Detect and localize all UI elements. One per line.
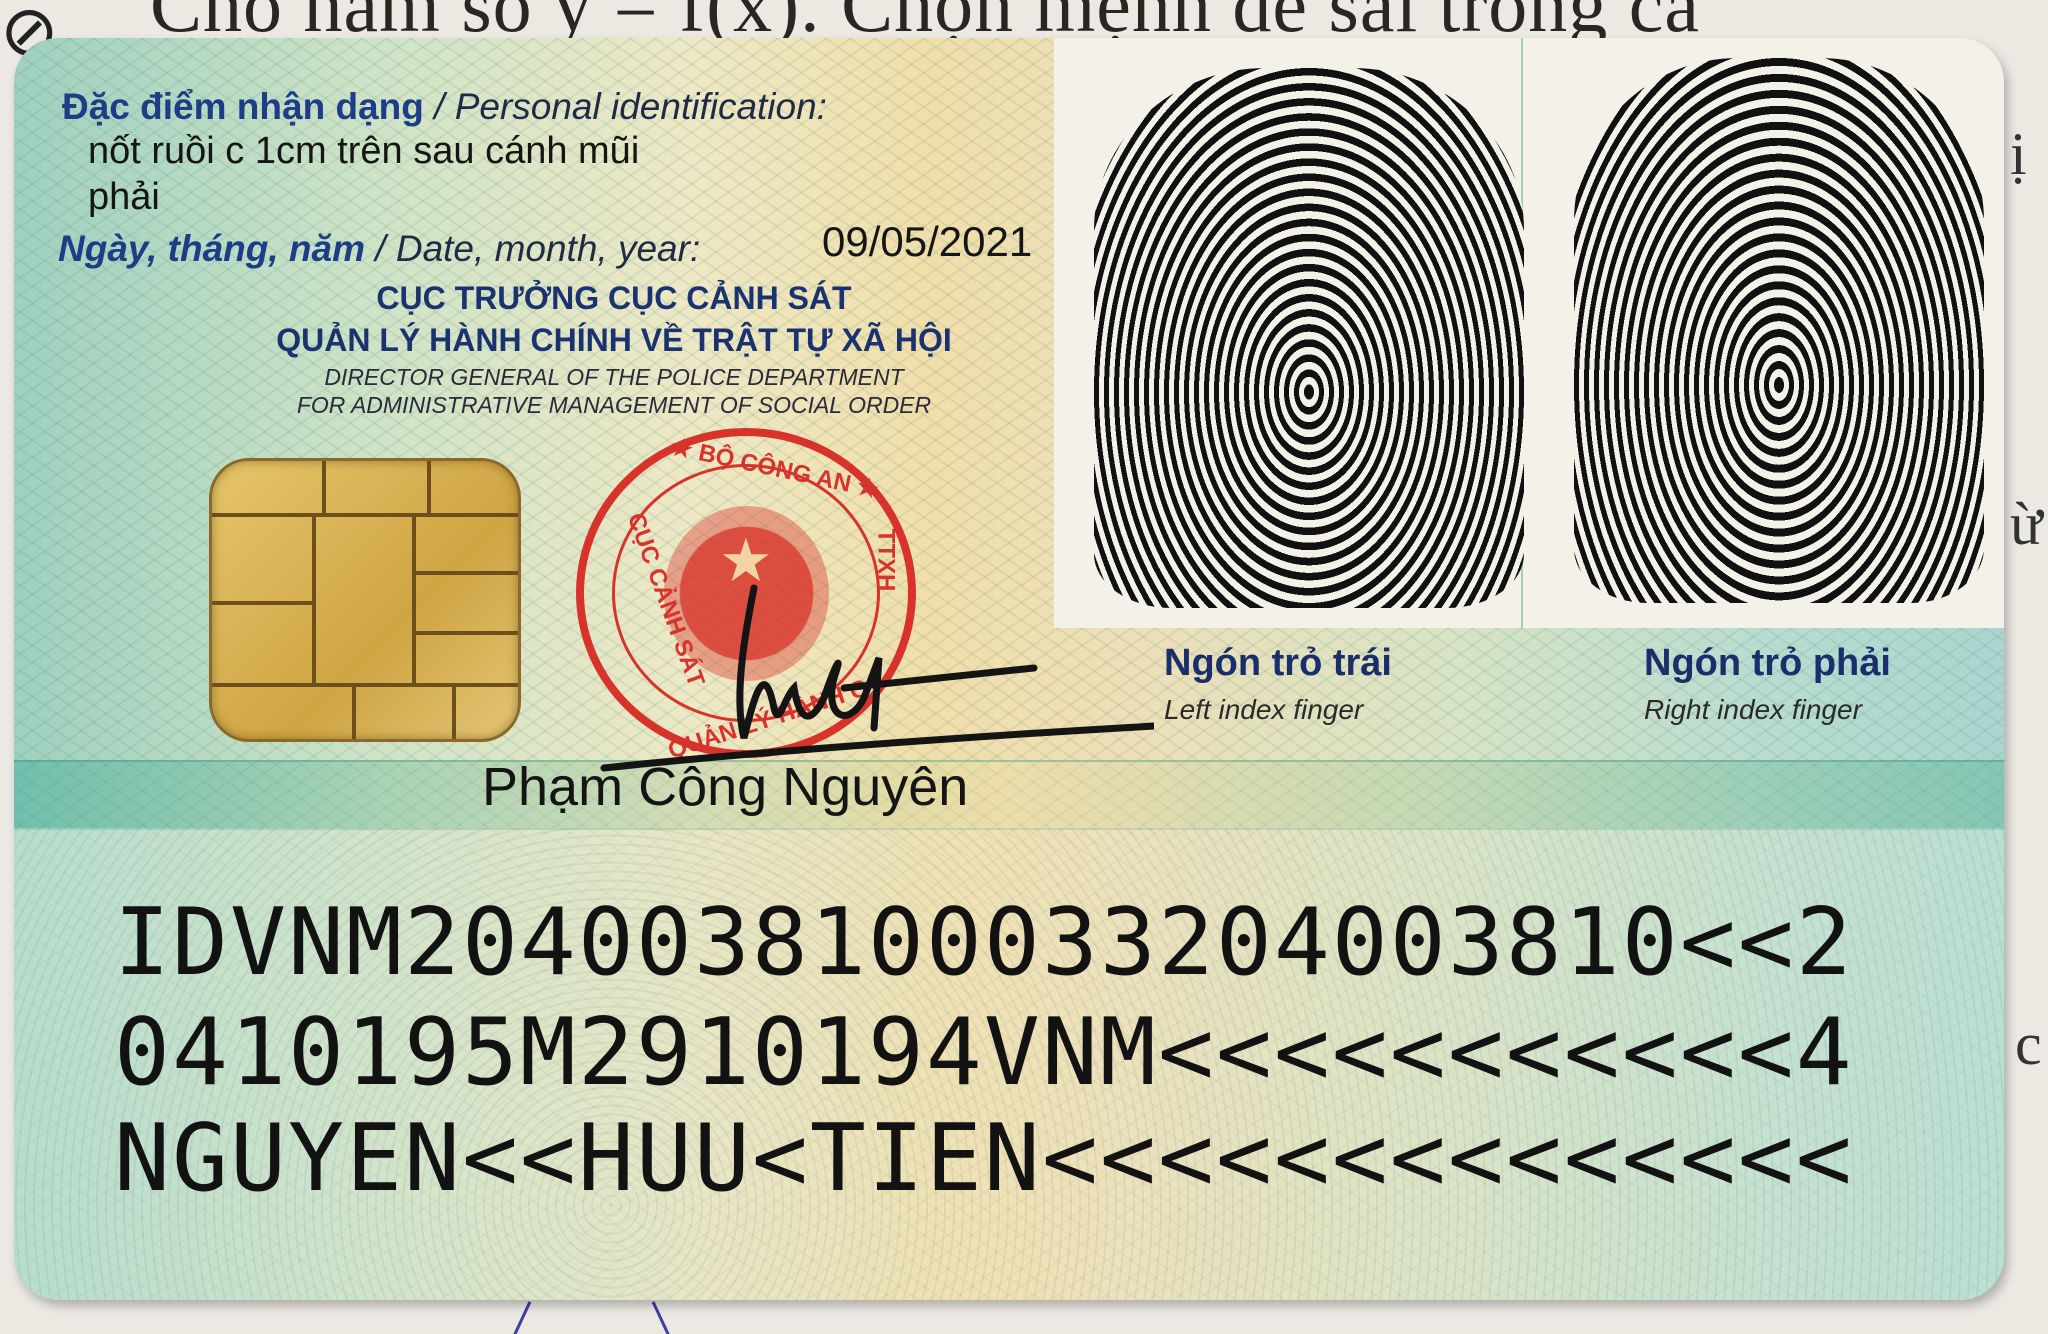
- left-index-fingerprint-icon: [1094, 68, 1524, 608]
- pen-mark: [652, 1301, 672, 1334]
- authority-vn-line1: CỤC TRƯỞNG CỤC CẢNH SÁT: [264, 280, 964, 317]
- left-finger-label-en: Left index finger: [1164, 694, 1363, 726]
- signer-name: Phạm Công Nguyên: [482, 756, 968, 818]
- mrz-line-3: NGUYEN<<HUU<TIEN<<<<<<<<<<<<<<: [114, 1104, 1854, 1212]
- smart-chip-icon: [209, 458, 521, 742]
- mrz-line-1: IDVNM2040038100033204003810<<2: [114, 888, 1854, 996]
- identification-value-line2: phải: [88, 176, 160, 219]
- left-finger-label-vn: Ngón trỏ trái: [1164, 642, 1392, 685]
- paper-edge-glyph: c: [2015, 1010, 2042, 1079]
- authority-en-line1: DIRECTOR GENERAL OF THE POLICE DEPARTMEN…: [264, 364, 964, 391]
- mrz-line-2: 0410195M2910194VNM<<<<<<<<<<<4: [114, 998, 1854, 1106]
- identification-label: Đặc điểm nhận dạng / Personal identifica…: [62, 86, 827, 128]
- issue-date-value: 09/05/2021: [822, 218, 1032, 266]
- identification-value-line1: nốt ruồi c 1cm trên sau cánh mũi: [88, 130, 639, 173]
- right-index-fingerprint-icon: [1574, 58, 1984, 603]
- signature-icon: [594, 578, 1154, 778]
- authority-vn-line2: QUẢN LÝ HÀNH CHÍNH VỀ TRẬT TỰ XÃ HỘI: [264, 322, 964, 359]
- citizen-id-card-back: Đặc điểm nhận dạng / Personal identifica…: [14, 38, 2004, 1300]
- issue-date-label: Ngày, tháng, năm / Date, month, year:: [58, 228, 700, 270]
- pen-mark: [512, 1301, 532, 1334]
- authority-en-line2: FOR ADMINISTRATIVE MANAGEMENT OF SOCIAL …: [264, 392, 964, 419]
- paper-edge-glyph: ị: [2010, 120, 2027, 189]
- paper-edge-glyph: ừ: [2010, 490, 2043, 559]
- right-finger-label-vn: Ngón trỏ phải: [1644, 642, 1891, 685]
- right-finger-label-en: Right index finger: [1644, 694, 1862, 726]
